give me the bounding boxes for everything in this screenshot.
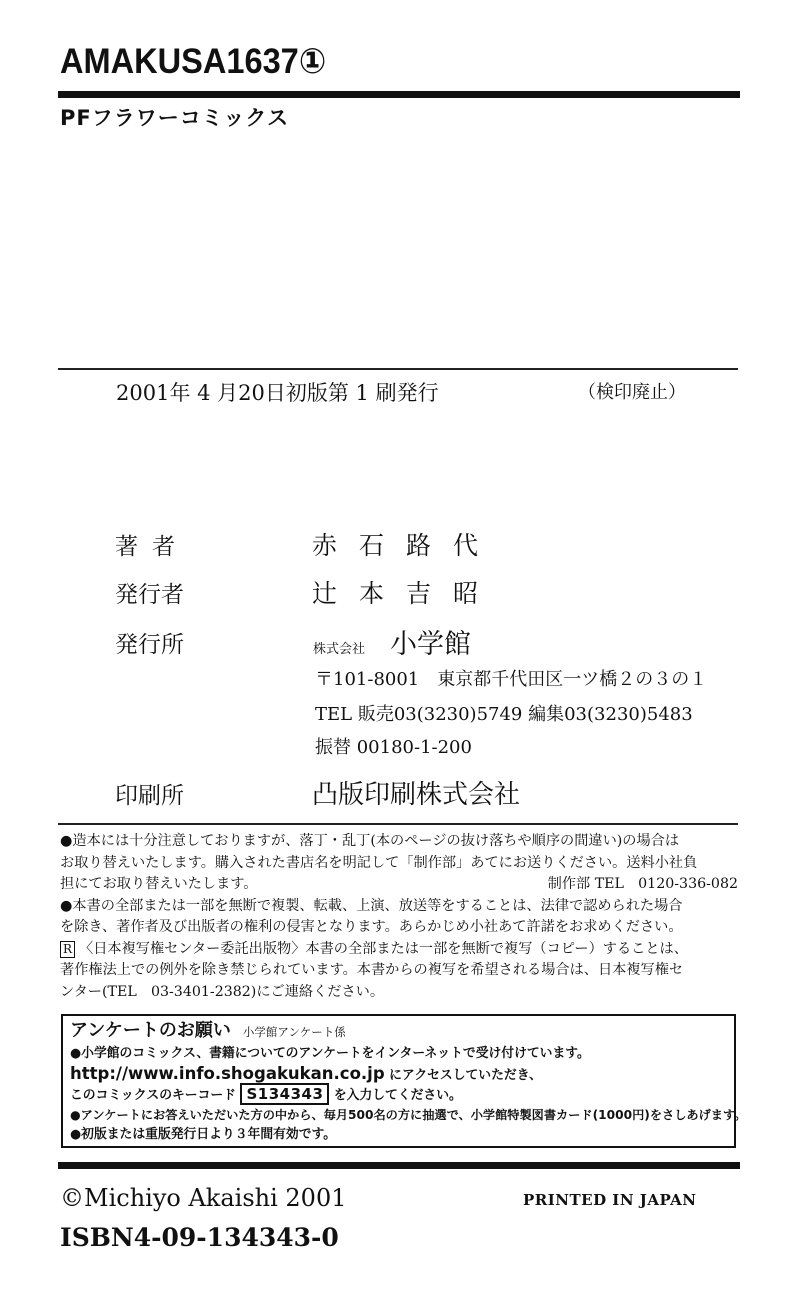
survey-title: アンケートのお願い [70,1020,231,1041]
production-tel: 制作部 TEL 0120-336-082 [548,874,738,896]
series-name: PFフラワーコミックス [60,104,289,132]
printer-name: 凸版印刷株式会社 [312,778,520,812]
jrrc-notice-line: 著作権法上での例外を除き禁じられています。本書からの複写を希望される場合は、日本… [60,960,740,982]
key-code: S134343 [240,1083,329,1105]
survey-box: アンケートのお願い小学館アンケート係 ●小学館のコミックス、書籍についてのアンケ… [61,1014,736,1148]
jrrc-r-icon: R [60,941,75,958]
thin-rule-1 [58,368,738,370]
survey-dept: 小学館アンケート係 [243,1025,346,1039]
copyright-notice-line: ●本書の全部または一部を無断で複製、転載、上演、放送等をすることは、法律で認めら… [60,896,740,918]
postal-transfer: 振替 00180-1-200 [315,736,472,760]
publisher-label: 発行者 [115,580,184,610]
author-name: 赤石路代 [312,530,500,562]
publishing-house-label: 発行所 [115,630,184,660]
survey-line: ●初版または重版発行日より３年間有効です。 [70,1125,727,1145]
copyright-notice-line: を除き、著作者及び出版者の権利の侵害となります。あらかじめ小社あて許諾をお求めく… [60,917,740,939]
key-code-suffix: を入力してください。 [329,1088,461,1103]
printed-in: PRINTED IN JAPAN [523,1190,697,1210]
thin-rule-2 [58,823,738,825]
book-title: AMAKUSA1637① [60,40,326,84]
defect-notice-line: ●造本には十分注意しておりますが、落丁・乱丁(本のページの抜け落ちや順序の間違い… [60,831,740,853]
thick-rule-top [58,91,740,98]
printer-label: 印刷所 [115,781,184,811]
survey-line: ●アンケートにお答えいただいた方の中から、毎月500名の方に抽選で、小学館特製図… [70,1106,727,1126]
legal-notices: ●造本には十分注意しておりますが、落丁・乱丁(本のページの抜け落ちや順序の間違い… [60,831,740,1003]
publisher-name: 辻本吉昭 [312,578,500,610]
survey-url-suffix: にアクセスしていただき、 [385,1068,542,1083]
company-type: 株式会社 [313,642,365,658]
defect-notice-line: 担にてお取り替えいたします。 [60,876,258,892]
address: 〒101-8001 東京都千代田区一ツ橋２の３の１ [315,668,707,692]
publication-date: 2001年 4 月20日初版第 1 刷発行 [116,379,439,407]
telephone: TEL 販売03(3230)5749 編集03(3230)5483 [315,703,693,727]
thick-rule-bottom [58,1162,740,1169]
jrrc-notice-line: 〈日本複写権センター委託出版物〉本書の全部または一部を無断で複写（コピー）するこ… [79,941,688,957]
survey-url-link[interactable]: http://www.info.shogakukan.co.jp [70,1064,385,1083]
copyright: ©Michiyo Akaishi 2001 [60,1183,346,1213]
publishing-house-name: 小学館 [390,628,471,662]
isbn: ISBN4-09-134343-0 [60,1222,339,1254]
survey-line: ●小学館のコミックス、書籍についてのアンケートをインターネットで受け付けています… [70,1044,727,1064]
jrrc-notice-line: ンター(TEL 03-3401-2382)にご連絡ください。 [60,982,740,1004]
defect-notice-line: お取り替えいたします。購入された書店名を明記して「制作部」あてにお送りください。… [60,853,740,875]
key-code-prefix: このコミックスのキーコード [70,1088,236,1103]
author-label: 著者 [115,532,189,562]
seal-note: （検印廃止） [578,380,686,406]
